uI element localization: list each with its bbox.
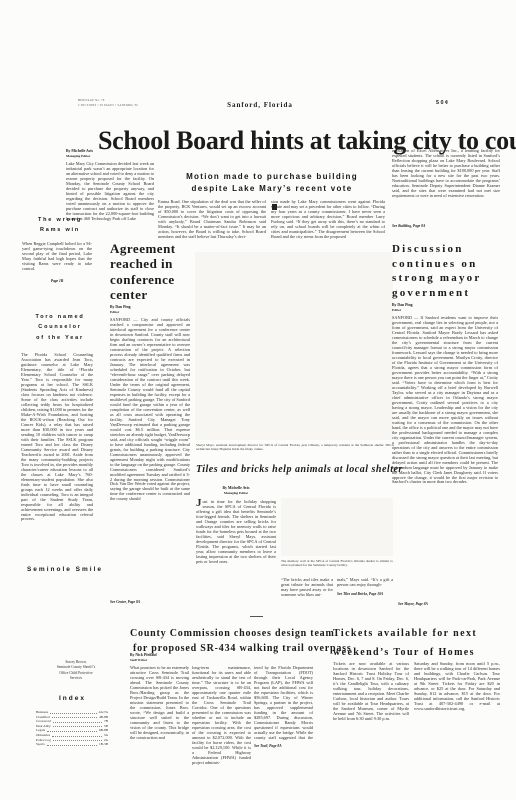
discussion-body: SANFORD — If Sanford residents want to i… bbox=[392, 315, 498, 598]
seminole-smile-caption: Stacey Brown, Seminole County Sheriff’s … bbox=[28, 660, 124, 682]
agreement-byline-title: Editor bbox=[110, 310, 130, 314]
trail-headline-line2: for proposed SR-434 walking trail overpa… bbox=[133, 643, 352, 654]
discussion-headline-line1: Discussion bbox=[392, 242, 507, 257]
index-leader bbox=[53, 726, 102, 727]
agreement-body: SANFORD — City and county officials reac… bbox=[110, 317, 190, 598]
index-leader bbox=[47, 731, 97, 732]
tour-col1: Tickets are now available at various loc… bbox=[333, 661, 409, 791]
trail-col1: What promises to be an extremely attract… bbox=[130, 665, 189, 786]
toro-title-line1: Toro named bbox=[24, 312, 96, 322]
rams-title-line2: Rams win bbox=[28, 226, 92, 236]
masthead-folio: HERITAGE No. 76 2 SECTIONS • 20 PAGES • … bbox=[78, 99, 173, 109]
discussion-headline-line2: continues on bbox=[392, 257, 507, 272]
tour-col2: Saturday and Sunday, from noon until 5 p… bbox=[414, 661, 500, 791]
rams-title-line1: The wrong bbox=[28, 216, 92, 226]
rams-brief-title: The wrong Rams win bbox=[28, 216, 92, 236]
spca-byline-title: Managing Editor bbox=[196, 491, 276, 495]
agreement-headline-line3: conference bbox=[110, 272, 200, 287]
tour-headline: Tickets available for next weekend’s Tou… bbox=[333, 624, 503, 662]
index-leader bbox=[52, 736, 102, 737]
lead-subhead-line1: Motion made to purchase building bbox=[158, 171, 386, 183]
newspaper-front-page: HERITAGE No. 76 2 SECTIONS • 20 PAGES • … bbox=[0, 0, 516, 800]
trail-col3: tered by the Florida Department of Trans… bbox=[254, 665, 313, 741]
index-list: Business4A/7A Classified4B-8B Crossword7… bbox=[36, 710, 108, 747]
agreement-jump: See Center, Page 8A bbox=[110, 600, 140, 604]
drop-cap-blot bbox=[272, 204, 277, 210]
spca-jump: See Tiles and Bricks, Page 10A bbox=[337, 592, 393, 596]
discussion-headline-line4: government bbox=[392, 286, 507, 301]
index-title: Index bbox=[35, 695, 110, 702]
trail-headline-line2-wrap: for proposed SR-434 walking trail overpa… bbox=[133, 638, 333, 651]
lead-subhead: Motion made to purchase building despite… bbox=[158, 171, 386, 195]
discussion-byline: By Dan Ping Editor bbox=[392, 303, 412, 312]
index-leader bbox=[47, 745, 97, 746]
trail-headline-line1-wrap: County Commission chooses design team bbox=[130, 623, 330, 636]
toro-title-line2: Counselor bbox=[24, 322, 96, 332]
toro-title-line3: of the Year bbox=[24, 333, 96, 343]
lead-col3: sion made by Lake Mary commissioners wen… bbox=[271, 199, 385, 257]
section-divider bbox=[250, 616, 263, 617]
trail-byline-title: Staff Writer bbox=[130, 658, 157, 662]
spca-byline: By Michelle Avis Managing Editor bbox=[196, 486, 276, 495]
index-leader bbox=[52, 717, 97, 718]
discussion-byline-title: Editor bbox=[392, 308, 412, 312]
masthead-folio-line2: 2 SECTIONS • 20 PAGES • SANFORD, FL bbox=[78, 104, 173, 109]
rams-brief-body: When Reggie Campbell bolted for a 94-yar… bbox=[22, 241, 92, 278]
spca-headline: Tiles and bricks help animals at local s… bbox=[196, 464, 403, 475]
index-row: Sports1B-3B bbox=[36, 742, 108, 747]
spca-photo-caption: Sheryl Mays, assistant development direc… bbox=[196, 443, 394, 452]
agreement-headline-line2: reached in bbox=[110, 256, 200, 271]
spca-col1: Just in time for the holiday shopping se… bbox=[196, 499, 276, 601]
masthead-price: 50¢ bbox=[436, 100, 450, 106]
agreement-byline: By Dan Ping Editor bbox=[110, 305, 130, 314]
index-label: Sports bbox=[36, 742, 45, 747]
trail-jump: See Trail, Page 8A bbox=[254, 744, 282, 748]
index-leader bbox=[53, 740, 102, 741]
spca-col1-text: ust in time for the holiday shopping sea… bbox=[196, 499, 276, 564]
memory-wall-caption: The memory wall at the SPCA of Central F… bbox=[281, 559, 393, 568]
spca-headline-wrap: Tiles and bricks help animals at local s… bbox=[196, 459, 394, 475]
spca-photo bbox=[195, 252, 393, 440]
index-leader bbox=[50, 713, 97, 714]
trail-byline: By Nick Pfeifauf Staff Writer bbox=[130, 653, 157, 662]
index-leader bbox=[53, 722, 102, 723]
agreement-headline: Agreement reached in conference center bbox=[110, 241, 200, 302]
toro-brief-body: The Florida School Counseling Associatio… bbox=[21, 352, 93, 565]
agreement-headline-line1: Agreement bbox=[110, 241, 200, 256]
tour-headline-line2: weekend’s Tour of Homes bbox=[333, 643, 503, 662]
memory-wall-photo bbox=[281, 498, 393, 556]
lead-byline: By Michelle Avis Managing Editor bbox=[66, 149, 154, 158]
tour-headline-line1: Tickets available for next bbox=[333, 624, 503, 643]
spca-col2a: “The bricks and tiles make a great tribu… bbox=[281, 577, 333, 597]
lead-col4: relocation of Excel Alternatives Inc., a… bbox=[392, 148, 500, 222]
masthead-city: Sanford, Florida bbox=[190, 101, 330, 109]
index-page: 1B-3B bbox=[99, 742, 108, 747]
spca-col2b: mals,” Mays said. “It’s a gift a person … bbox=[337, 577, 393, 591]
toro-brief-title: Toro named Counselor of the Year bbox=[24, 312, 96, 343]
smile-caption-line4: Services bbox=[28, 676, 124, 681]
discussion-jump: See Mayor, Page 8A bbox=[398, 602, 428, 606]
rams-page-ref: Page 1B bbox=[22, 279, 92, 283]
lead-jump: See Building, Page 8A bbox=[392, 224, 425, 228]
discussion-headline-line3: strong mayor bbox=[392, 271, 507, 286]
trail-col2: long-term maintenance, functional for it… bbox=[192, 665, 251, 786]
lead-subhead-line2: despite Lake Mary’s recent vote bbox=[158, 183, 386, 195]
lead-byline-title: Managing Editor bbox=[66, 154, 154, 158]
discussion-headline: Discussion continues on strong mayor gov… bbox=[392, 242, 507, 300]
seminole-smile-title: Seminole Smile bbox=[20, 566, 110, 573]
agreement-headline-line4: center bbox=[110, 287, 200, 302]
